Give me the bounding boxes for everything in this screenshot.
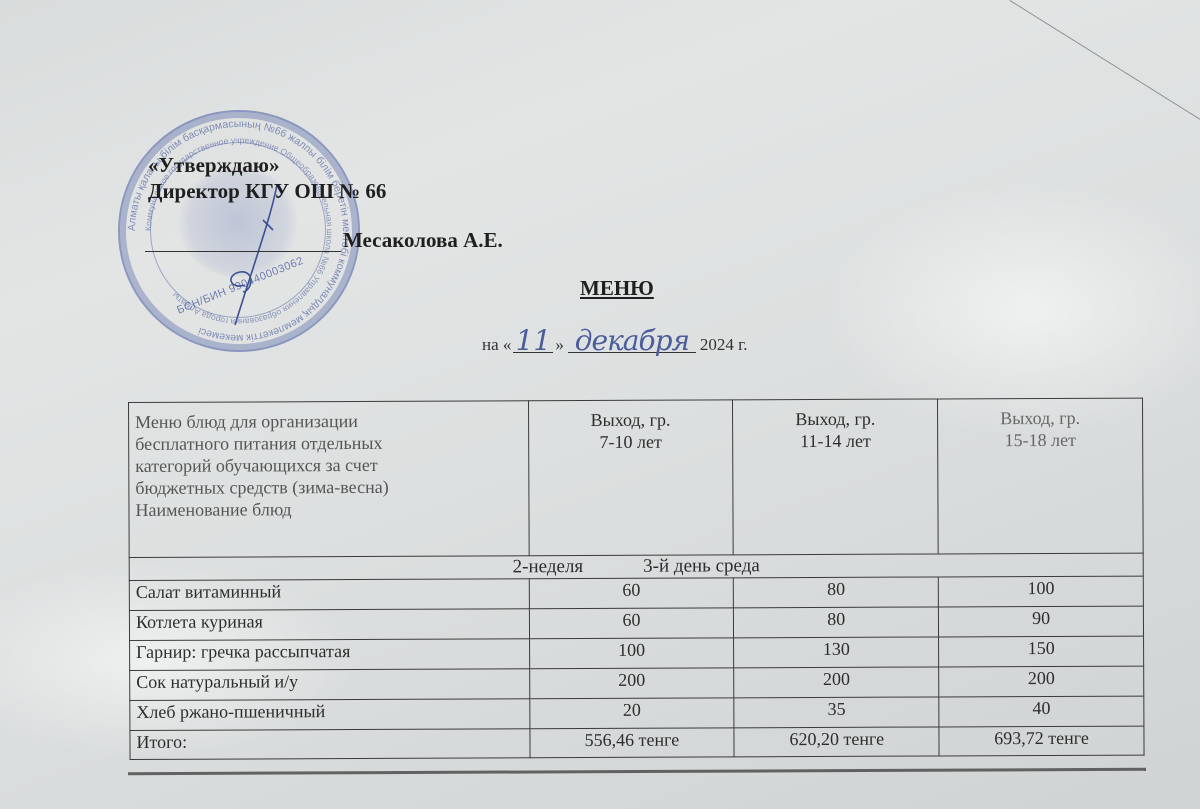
table-row: Сок натуральный и/у 200 200 200 [130, 666, 1144, 700]
day-label: 3-й день среда [643, 555, 760, 577]
menu-table: Меню блюд для организации бесплатного пи… [128, 398, 1145, 760]
portion-11-14: 130 [734, 637, 939, 668]
date-day: 11 [513, 330, 553, 353]
header-line: 15-18 лет [944, 429, 1136, 452]
portion-15-18: 40 [939, 696, 1144, 727]
total-label: Итого: [130, 729, 530, 760]
dish-name: Салат витаминный [129, 579, 529, 611]
document-title: МЕНЮ [580, 276, 654, 301]
approval-block: «Утверждаю» Директор КГУ ОШ № 66 [148, 152, 386, 204]
portion-11-14: 35 [734, 697, 939, 728]
header-line: бесплатного питания отдельных [135, 431, 522, 455]
total-11-14: 620,20 тенге [734, 727, 939, 757]
date-year: 2024 г. [700, 335, 748, 354]
portion-11-14: 200 [734, 667, 939, 698]
paper-edge [1009, 0, 1200, 139]
header-line: категорий обучающихся за счет [135, 453, 522, 477]
table-row: Хлеб ржано-пшеничный 20 35 40 [130, 696, 1144, 730]
age-15-18-header: Выход, гр. 15-18 лет [938, 398, 1143, 554]
dish-name: Гарнир: гречка рассыпчатая [130, 639, 530, 671]
table-row: Гарнир: гречка рассыпчатая 100 130 150 [130, 636, 1144, 670]
age-7-10-header: Выход, гр. 7-10 лет [528, 400, 733, 556]
approval-heading: «Утверждаю» [148, 153, 279, 177]
portion-15-18: 150 [939, 636, 1144, 667]
portion-7-10: 20 [529, 698, 734, 729]
table-row: Салат витаминный 60 80 100 [129, 576, 1143, 610]
portion-7-10: 100 [529, 638, 734, 669]
portion-11-14: 80 [734, 607, 939, 638]
total-15-18: 693,72 тенге [939, 726, 1144, 756]
header-line: Меню блюд для организации [135, 409, 522, 433]
header-line: 7-10 лет [535, 430, 727, 453]
director-name: Месаколова А.Е. [343, 228, 503, 253]
age-11-14-header: Выход, гр. 11-14 лет [733, 399, 938, 555]
director-title: Директор КГУ ОШ № 66 [148, 178, 386, 204]
table-header-row: Меню блюд для организации бесплатного пи… [129, 398, 1144, 557]
dish-column-header: Меню блюд для организации бесплатного пи… [129, 401, 529, 558]
date-mid: » [555, 335, 564, 354]
total-7-10: 556,46 тенге [530, 728, 735, 758]
portion-7-10: 200 [529, 668, 734, 699]
signature-line [145, 251, 341, 252]
portion-15-18: 100 [938, 576, 1143, 607]
header-line: 11-14 лет [740, 429, 932, 452]
header-line: Выход, гр. [739, 407, 931, 430]
dish-name: Котлета куриная [129, 609, 529, 641]
header-line: Выход, гр. [535, 408, 727, 431]
portion-7-10: 60 [529, 608, 734, 639]
total-row: Итого: 556,46 тенге 620,20 тенге 693,72 … [130, 726, 1144, 759]
header-line: бюджетных средств (зима-весна) [135, 475, 522, 499]
header-line: Выход, гр. [944, 407, 1136, 430]
date-prefix: на « [482, 335, 511, 354]
dish-name: Хлеб ржано-пшеничный [130, 699, 530, 731]
week-label: 2-неделя [513, 556, 584, 577]
dish-name: Сок натуральный и/у [130, 669, 530, 701]
portion-15-18: 200 [939, 666, 1144, 697]
date-month: декабря [568, 330, 696, 353]
header-line: Наименование блюд [135, 497, 522, 521]
menu-date: на «11»декабря2024 г. [482, 330, 747, 355]
portion-15-18: 90 [939, 606, 1144, 637]
table-bottom-border [128, 768, 1146, 775]
table-row: Котлета куриная 60 80 90 [129, 606, 1143, 640]
portion-7-10: 60 [529, 578, 734, 609]
portion-11-14: 80 [734, 577, 939, 608]
